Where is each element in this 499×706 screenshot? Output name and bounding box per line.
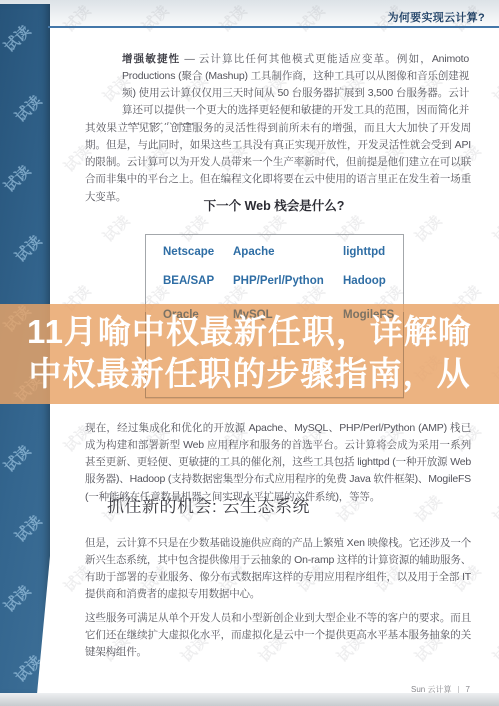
watermark-text: 试读 [488, 210, 499, 246]
overlay-banner-text: 11月喻中权最新任职，详解喻 中权最新任职的步骤指南，从 [0, 311, 499, 394]
watermark-text: 试读 [10, 650, 46, 686]
section-heading: 抓住新的机会: 云生态系统 [107, 492, 310, 517]
watermark-text: 试读 [0, 580, 35, 616]
paragraph-lead-label: 增强敏捷性 [122, 53, 180, 65]
paragraph-agility: 增强敏捷性 — 云计算比任何其他模式更能适应变革。例如，Animoto Prod… [122, 51, 469, 125]
paragraph-lead-dash: — [180, 53, 198, 65]
table-cell: Apache [233, 246, 275, 258]
scanned-page: 试读试读试读试读试读试读试读试读试读试读 试读试读试读试读试读试读试读试读试读试… [0, 0, 499, 706]
watermark-text: 试读 [10, 90, 46, 126]
header-rule [48, 26, 499, 28]
watermark-text: 试读 [10, 230, 46, 266]
table-title: 下一个 Web 栈会是什么? [145, 196, 403, 214]
table-cell: BEA/SAP [163, 275, 214, 287]
table-cell: Hadoop [343, 275, 386, 287]
table-cell: lighttpd [343, 246, 385, 258]
watermark-text: 试读 [0, 20, 35, 56]
watermark-text: 试读 [10, 510, 46, 546]
banner-line-2: 中权最新任职的步骤指南，从 [0, 353, 499, 395]
table-cell: PHP/Perl/Python [233, 275, 324, 287]
watermark-text: 试读 [0, 440, 35, 476]
paragraph-ecosystem: 但是，云计算不只是在少数基础设施供应商的产品上繁殖 Xen 映像栈。它还涉及一个… [85, 535, 471, 607]
watermark-text: 试读 [0, 160, 35, 196]
banner-line-1: 11月喻中权最新任职，详解喻 [0, 311, 499, 353]
watermark-text: 试读 [410, 210, 446, 246]
watermark-text: 试读 [488, 630, 499, 666]
table-cell: Netscape [163, 246, 214, 258]
watermark-text: 试读 [488, 490, 499, 526]
watermark-text: 试读 [98, 210, 134, 246]
paragraph-services: 这些服务可满足从单个开发人员和小型新创企业到大型企业不等的客户的要求。而且它们还… [85, 610, 471, 665]
watermark-text: 试读 [488, 70, 499, 106]
page-header-title: 为何要实现云计算? [388, 9, 485, 25]
scan-bottom-edge [0, 693, 499, 706]
